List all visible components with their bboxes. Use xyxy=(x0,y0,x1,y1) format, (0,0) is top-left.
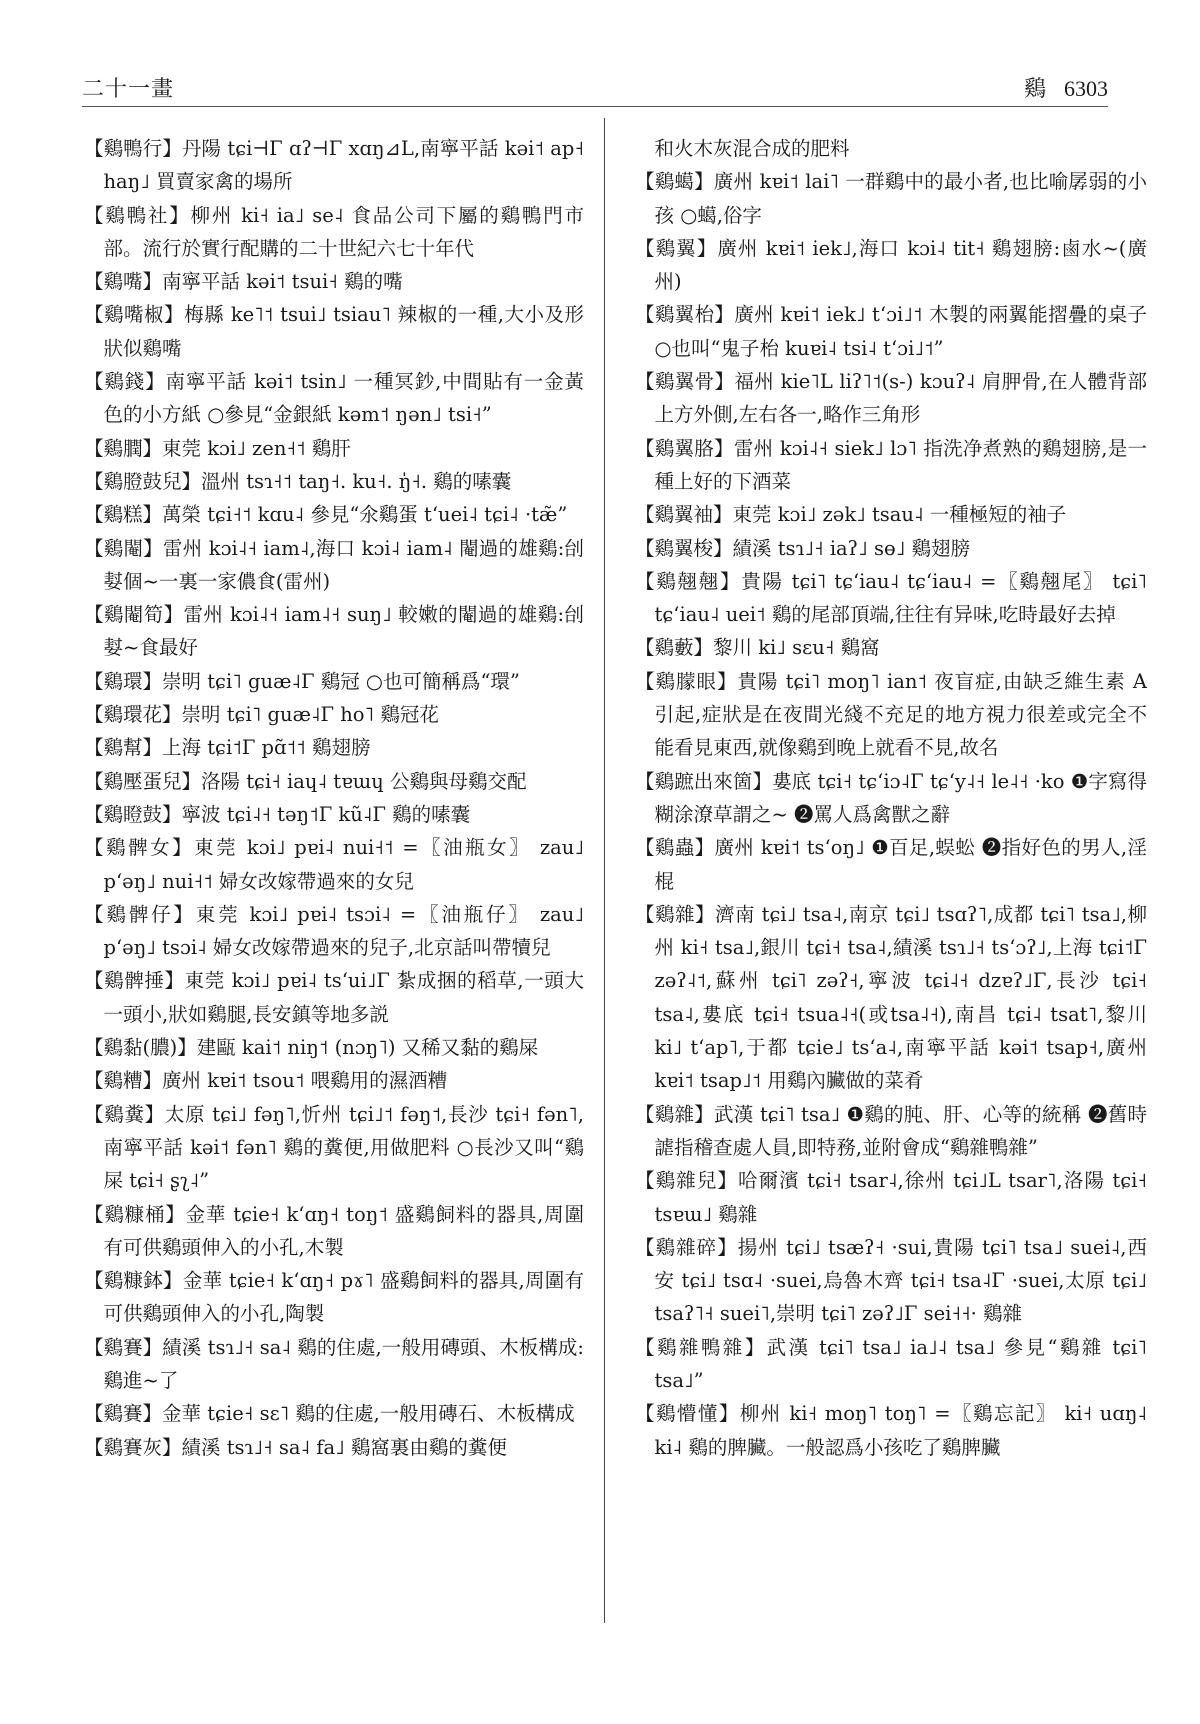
entry-headword: 【鷄翼骨】 xyxy=(635,370,734,393)
dictionary-entry: 【鷄瞪鼓】寧波 tɕi˨˧ təŋ˦Γ kũ˨Γ 鷄的嗉囊 xyxy=(66,798,584,831)
dictionary-entry: 【鷄糟】廣州 kɐi˦ tsou˦ 喂鷄用的濕酒糟 xyxy=(66,1064,584,1097)
dictionary-entry: 【鷄嘴】南寧平話 kəi˦ tsui˧ 鷄的嘴 xyxy=(66,265,584,298)
dictionary-entry: 【鷄糕】萬榮 tɕi˧˦ kɑu˨ 參見“氽鷄蛋 tʻuei˨ tɕi˨ ·tæ… xyxy=(66,498,584,531)
dictionary-entry: 【鷄糠桶】金華 tɕie˧ kʻɑŋ˧ toŋ˦ 盛鷄飼料的器具,周圍有可供鷄頭… xyxy=(66,1198,584,1265)
entry-definition: 黎川 ki˩ sɛu˧ 鷄窩 xyxy=(713,636,880,659)
entry-headword: 【鷄髀女】 xyxy=(84,836,194,859)
entry-headword: 【鷄糠桶】 xyxy=(84,1203,186,1226)
dictionary-entry: 【鷄賽】績溪 tsɿ˩˧ sa˨ 鷄的住處,一般用磚頭、木板構成:鷄進~了 xyxy=(66,1331,584,1398)
dictionary-entry: 【鷄糞】太原 tɕi˩ fəŋ˥,忻州 tɕi˩˦ fəŋ˦,長沙 tɕi˧ f… xyxy=(66,1098,584,1198)
entry-definition: 績溪 tsɿ˩˧ sa˨ 鷄的住處,一般用磚頭、木板構成:鷄進~了 xyxy=(104,1336,584,1392)
entry-headword: 【鷄壓蛋兒】 xyxy=(84,770,201,793)
entry-headword: 【鷄嘴椒】 xyxy=(84,303,184,326)
entry-definition: 績溪 tsɿ˩˧ sa˨ fa˩ 鷄窩裏由鷄的糞便 xyxy=(182,1436,507,1459)
dictionary-entry: 【鷄蹠出來箇】婁底 tɕi˧ tɕʻiɔ˨Γ tɕʻy˨˧ le˨˧ ·ko ❶… xyxy=(617,765,1147,832)
entry-definition: 績溪 tsɿ˩˧ iaʔ˩ sɵ˩ 鷄翅膀 xyxy=(733,537,971,560)
dictionary-entry: 【鷄閹筍】雷州 kɔi˨˧ iam˨˧ suŋ˩ 較嫩的閹過的雄鷄:刣㜂~食最好 xyxy=(66,598,584,665)
entry-headword: 【鷄䗶】 xyxy=(635,170,714,193)
page-number: 6303 xyxy=(1064,76,1108,101)
entry-definition: 東莞 kɔi˩ zək˩ tsau˨ 一種極短的袖子 xyxy=(733,503,1067,526)
entry-headword: 【鷄鴨行】 xyxy=(84,137,182,160)
entry-definition: 溫州 tsɿ˧˦ taŋ˧. ku˧. ŋ̍˧. 鷄的嗉囊 xyxy=(201,470,511,493)
entry-definition: 萬榮 tɕi˧˦ kɑu˨ 參見“氽鷄蛋 tʻuei˨ tɕi˨ ·tæ̃” xyxy=(162,503,567,526)
entry-headword: 【鷄翼枱】 xyxy=(635,303,734,326)
dictionary-entry: 【鷄髀捶】東莞 kɔi˩ pɐi˨ tsʻui˩Γ 紮成捆的稻草,一頭大一頭小,… xyxy=(66,964,584,1031)
dictionary-entry: 【鷄雜碎】揚州 tɕi˩ tsæʔ˧ ·sui,貴陽 tɕi˥ tsa˩ sue… xyxy=(617,1231,1147,1331)
entry-headword: 【鷄瞪鼓】 xyxy=(84,803,182,826)
dictionary-entry: 【鷄嘴椒】梅縣 ke˥˦ tsui˩ tsiau˥ 辣椒的一種,大小及形狀似鷄嘴 xyxy=(66,298,584,365)
section-label: 二十一畫 xyxy=(82,72,174,103)
entry-definition: 廣州 kɐi˦ iek˩,海口 kɔi˨ tit˧ 鷄翅膀:鹵水~(廣州) xyxy=(655,237,1148,293)
entry-headword: 【鷄懵懂】 xyxy=(635,1402,740,1425)
page-header: 二十一畫 鷄6303 xyxy=(82,70,1108,107)
entry-headword: 【鷄藪】 xyxy=(635,636,713,659)
dictionary-entry: 【鷄壓蛋兒】洛陽 tɕi˧ iaɥ˨ tɐɯɥ 公鷄與母鷄交配 xyxy=(66,765,584,798)
dictionary-entry: 【鷄環花】崇明 tɕi˥ guæ˨Γ ho˥ 鷄冠花 xyxy=(66,698,584,731)
dictionary-entry: 【鷄朦眼】貴陽 tɕi˥ moŋ˥ ian˦ 夜盲症,由缺乏維生素 A 引起,症… xyxy=(617,665,1147,765)
entry-headword: 【鷄幫】 xyxy=(84,736,162,759)
entry-headword: 【鷄雜】 xyxy=(635,1103,714,1126)
dictionary-entry: 【鷄雜】武漢 tɕi˥ tsa˩ ❶鷄的肫、肝、心等的統稱 ❷舊時謔指稽查處人員… xyxy=(617,1098,1147,1165)
dictionary-entry: 【鷄錢】南寧平話 kəi˦ tsin˩ 一種冥鈔,中間貼有一金黃色的小方紙 ○參… xyxy=(66,365,584,432)
entry-headword: 【鷄糟】 xyxy=(84,1069,162,1092)
dictionary-entry: 【鷄糠鉢】金華 tɕie˧ kʻɑŋ˧ pɤ˥ 盛鷄飼料的器具,周圍有可供鷄頭伸… xyxy=(66,1264,584,1331)
dictionary-entry: 和火木灰混合成的肥料 xyxy=(617,132,1147,165)
column-divider xyxy=(604,118,605,1623)
header-right: 鷄6303 xyxy=(1024,72,1108,103)
entry-headword: 【鷄糞】 xyxy=(84,1103,165,1126)
entry-headword: 【鷄膶】 xyxy=(84,437,162,460)
entry-headword: 【鷄朦眼】 xyxy=(635,670,737,693)
dictionary-entry: 【鷄翼袖】東莞 kɔi˩ zək˩ tsau˨ 一種極短的袖子 xyxy=(617,498,1147,531)
entry-headword: 【鷄環】 xyxy=(84,670,162,693)
entry-definition: 建甌 kai˦ niŋ˦ (nɔŋ˥) 又稀又黏的鷄屎 xyxy=(197,1036,538,1059)
dictionary-entry: 【鷄閹】雷州 kɔi˨˧ iam˨,海口 kɔi˨ iam˨ 閹過的雄鷄:刣㜂個… xyxy=(66,532,584,599)
dictionary-entry: 【鷄翹翹】貴陽 tɕi˥ tɕʻiau˨ tɕʻiau˨ =〖鷄翹尾〗 tɕi˥… xyxy=(617,565,1147,632)
dictionary-entry: 【鷄蟲】廣州 kɐi˦ tsʻoŋ˩ ❶百足,蜈蚣 ❷指好色的男人,淫棍 xyxy=(617,831,1147,898)
dictionary-entry: 【鷄環】崇明 tɕi˥ guæ˨Γ 鷄冠 ○也可簡稱爲“環” xyxy=(66,665,584,698)
entry-headword: 【鷄鴨社】 xyxy=(84,204,191,227)
entry-definition: 洛陽 tɕi˧ iaɥ˨ tɐɯɥ 公鷄與母鷄交配 xyxy=(201,770,526,793)
entry-headword: 【鷄膯鼓兒】 xyxy=(84,470,201,493)
entry-definition: 東莞 kɔi˩ zen˧˦ 鷄肝 xyxy=(162,437,351,460)
entry-headword: 【鷄嘴】 xyxy=(84,270,162,293)
entry-definition: 和火木灰混合成的肥料 xyxy=(655,137,850,160)
entry-headword: 【鷄蹠出來箇】 xyxy=(635,770,772,793)
entry-definition: 金華 tɕie˧ sɛ˥ 鷄的住處,一般用磚石、木板構成 xyxy=(162,1402,575,1425)
entry-headword: 【鷄翼梭】 xyxy=(635,537,733,560)
dictionary-entry: 【鷄鴨行】丹陽 tɕi⊣Γ ɑʔ⊣Γ xɑŋ⊿L,南寧平話 kəi˦ ap˧ h… xyxy=(66,132,584,199)
entry-headword: 【鷄雜鴨雜】 xyxy=(635,1336,767,1359)
dictionary-entry: 【鷄懵懂】柳州 ki˧ moŋ˥ toŋ˥ =〖鷄忘記〗 ki˧ uɑŋ˨ ki… xyxy=(617,1397,1147,1464)
entry-headword: 【鷄賽灰】 xyxy=(84,1436,182,1459)
entry-headword: 【鷄賽】 xyxy=(84,1402,162,1425)
entry-headword: 【鷄錢】 xyxy=(84,370,166,393)
dictionary-entry: 【鷄雜】濟南 tɕi˩ tsa˨,南京 tɕi˩ tsɑʔ˥,成都 tɕi˥ t… xyxy=(617,898,1147,1098)
dictionary-entry: 【鷄膶】東莞 kɔi˩ zen˧˦ 鷄肝 xyxy=(66,432,584,465)
entry-definition: 崇明 tɕi˥ guæ˨Γ 鷄冠 ○也可簡稱爲“環” xyxy=(162,670,520,693)
entry-definition: 廣州 kɐi˦ lai˥ 一群鷄中的最小者,也比喻孱弱的小孩 ○䗶,俗字 xyxy=(655,170,1147,226)
entry-definition: 濟南 tɕi˩ tsa˨,南京 tɕi˩ tsɑʔ˥,成都 tɕi˥ tsa˩,… xyxy=(655,903,1148,1092)
entry-headword: 【鷄黏(膿)】 xyxy=(84,1036,197,1059)
dictionary-entry: 【鷄藪】黎川 ki˩ sɛu˧ 鷄窩 xyxy=(617,631,1147,664)
dictionary-entry: 【鷄翼骨】福州 kie˥L liʔ˥˦(s-) kɔuʔ˨ 肩胛骨,在人體背部上… xyxy=(617,365,1147,432)
entry-headword: 【鷄閹】 xyxy=(84,537,163,560)
entry-headword: 【鷄翼袖】 xyxy=(635,503,733,526)
entry-headword: 【鷄環花】 xyxy=(84,703,182,726)
dictionary-entry: 【鷄賽】金華 tɕie˧ sɛ˥ 鷄的住處,一般用磚石、木板構成 xyxy=(66,1397,584,1430)
entry-headword: 【鷄賽】 xyxy=(84,1336,162,1359)
head-character: 鷄 xyxy=(1024,77,1046,102)
entry-definition: 武漢 tɕi˥ tsa˩ ❶鷄的肫、肝、心等的統稱 ❷舊時謔指稽查處人員,即特務… xyxy=(655,1103,1148,1159)
entry-headword: 【鷄雜碎】 xyxy=(635,1236,738,1259)
dictionary-entry: 【鷄翼胳】雷州 kɔi˨˧ siek˩ lɔ˥ 指洗净煮熟的鷄翅膀,是一種上好的… xyxy=(617,432,1147,499)
dictionary-entry: 【鷄膯鼓兒】溫州 tsɿ˧˦ taŋ˧. ku˧. ŋ̍˧. 鷄的嗉囊 xyxy=(66,465,584,498)
right-column: 和火木灰混合成的肥料【鷄䗶】廣州 kɐi˦ lai˥ 一群鷄中的最小者,也比喻孱… xyxy=(635,132,1147,1464)
entry-headword: 【鷄閹筍】 xyxy=(84,603,184,626)
dictionary-entry: 【鷄雜鴨雜】武漢 tɕi˥ tsa˩ ia˩˨ tsa˩ 參見“鷄雜 tɕi˥ … xyxy=(617,1331,1147,1398)
entry-headword: 【鷄翹翹】 xyxy=(635,570,741,593)
entry-definition: 雷州 kɔi˨˧ iam˨,海口 kɔi˨ iam˨ 閹過的雄鷄:刣㜂個~一裏一… xyxy=(104,537,585,593)
entry-headword: 【鷄糕】 xyxy=(84,503,162,526)
dictionary-entry: 【鷄雜兒】哈爾濱 tɕi˧ tsar˨,徐州 tɕi˩L tsar˥,洛陽 tɕ… xyxy=(617,1164,1147,1231)
dictionary-entry: 【鷄髀女】東莞 kɔi˩ pɐi˨ nui˧˦ =〖油瓶女〗 zau˩ pʻəŋ… xyxy=(66,831,584,898)
dictionary-entry: 【鷄䗶】廣州 kɐi˦ lai˥ 一群鷄中的最小者,也比喻孱弱的小孩 ○䗶,俗字 xyxy=(617,165,1147,232)
dictionary-entry: 【鷄翼枱】廣州 kɐi˦ iek˩ tʻɔi˩˦ 木製的兩翼能摺疊的桌子 ○也叫… xyxy=(617,298,1147,365)
entry-headword: 【鷄雜兒】 xyxy=(635,1169,738,1192)
entry-headword: 【鷄髀捶】 xyxy=(84,969,185,992)
entry-definition: 廣州 kɐi˦ tsou˦ 喂鷄用的濕酒糟 xyxy=(162,1069,447,1092)
dictionary-entry: 【鷄黏(膿)】建甌 kai˦ niŋ˦ (nɔŋ˥) 又稀又黏的鷄屎 xyxy=(66,1031,584,1064)
entry-definition: 南寧平話 kəi˦ tsui˧ 鷄的嘴 xyxy=(162,270,403,293)
dictionary-entry: 【鷄鴨社】柳州 ki˧ ia˩ se˨ 食品公司下屬的鷄鴨門市部。流行於實行配購… xyxy=(66,199,584,266)
dictionary-entry: 【鷄翼】廣州 kɐi˦ iek˩,海口 kɔi˨ tit˧ 鷄翅膀:鹵水~(廣州… xyxy=(617,232,1147,299)
dictionary-entry: 【鷄幫】上海 tɕi˦Γ pɑ̃˦˦ 鷄翅膀 xyxy=(66,731,584,764)
dictionary-entry: 【鷄髀仔】東莞 kɔi˩ pɐi˨ tsɔi˨ =〖油瓶仔〗 zau˩ pʻəŋ… xyxy=(66,898,584,965)
entry-definition: 寧波 tɕi˨˧ təŋ˦Γ kũ˨Γ 鷄的嗉囊 xyxy=(182,803,471,826)
entry-headword: 【鷄雜】 xyxy=(635,903,715,926)
entry-headword: 【鷄翼胳】 xyxy=(635,437,734,460)
entry-definition: 上海 tɕi˦Γ pɑ̃˦˦ 鷄翅膀 xyxy=(162,736,370,759)
left-column: 【鷄鴨行】丹陽 tɕi⊣Γ ɑʔ⊣Γ xɑŋ⊿L,南寧平話 kəi˦ ap˧ h… xyxy=(84,132,584,1464)
entry-headword: 【鷄蟲】 xyxy=(635,836,715,859)
entry-headword: 【鷄髀仔】 xyxy=(84,903,196,926)
entry-definition: 崇明 tɕi˥ guæ˨Γ ho˥ 鷄冠花 xyxy=(182,703,439,726)
entry-headword: 【鷄糠鉢】 xyxy=(84,1269,183,1292)
dictionary-entry: 【鷄翼梭】績溪 tsɿ˩˧ iaʔ˩ sɵ˩ 鷄翅膀 xyxy=(617,532,1147,565)
entry-definition: 太原 tɕi˩ fəŋ˥,忻州 tɕi˩˦ fəŋ˦,長沙 tɕi˧ fən˥,… xyxy=(104,1103,585,1193)
dictionary-entry: 【鷄賽灰】績溪 tsɿ˩˧ sa˨ fa˩ 鷄窩裏由鷄的糞便 xyxy=(66,1431,584,1464)
entry-definition: 南寧平話 kəi˦ tsin˩ 一種冥鈔,中間貼有一金黃色的小方紙 ○參見“金銀… xyxy=(104,370,584,426)
entry-definition: 廣州 kɐi˦ tsʻoŋ˩ ❶百足,蜈蚣 ❷指好色的男人,淫棍 xyxy=(655,836,1147,892)
entry-headword: 【鷄翼】 xyxy=(635,237,717,260)
